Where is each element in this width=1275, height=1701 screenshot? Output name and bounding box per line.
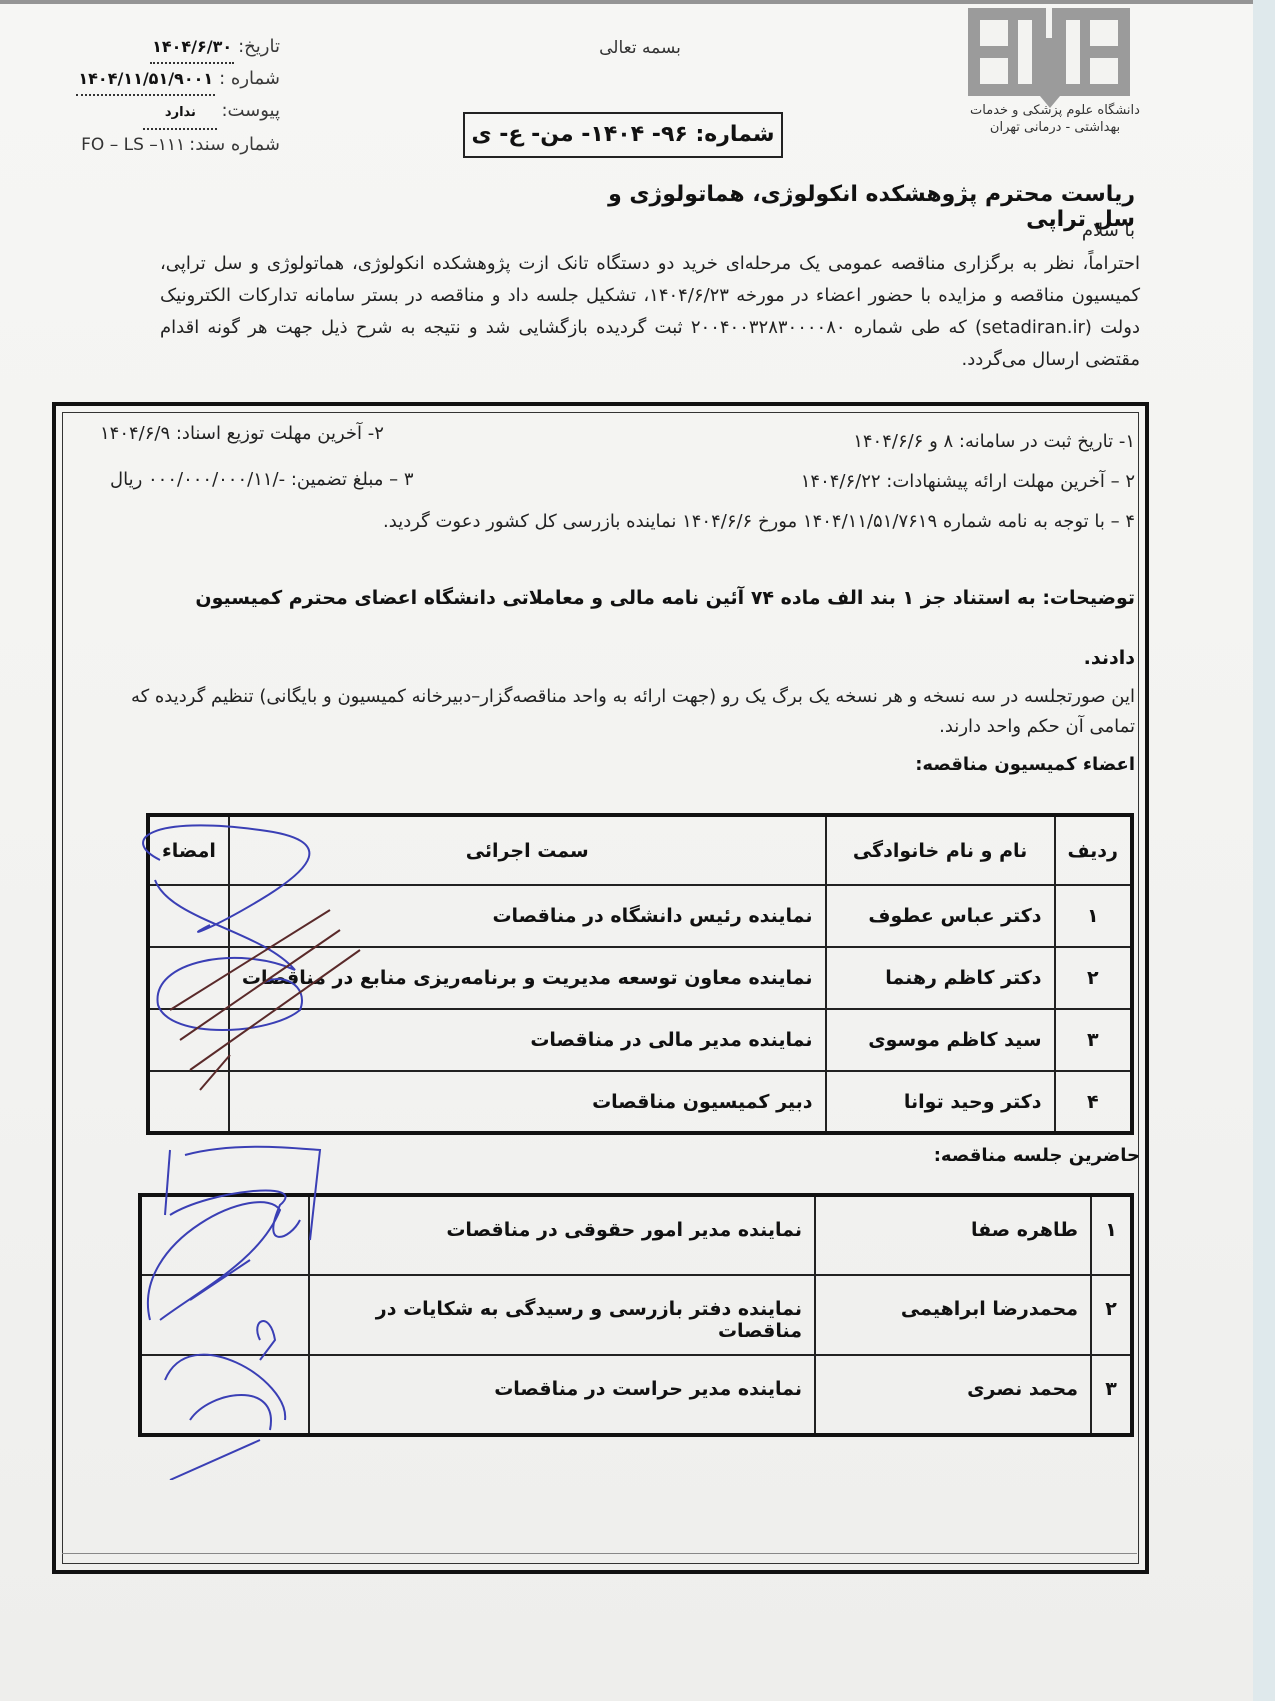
attendee-name: طاهره صفا [815,1195,1091,1275]
table-row: ۲ محمدرضا ابراهیمی نماینده دفتر بازرسی و… [140,1275,1132,1355]
doc-number-label: شماره سند: [189,130,280,160]
signature-cell [148,1071,229,1133]
greeting: با سلام [900,220,1135,241]
signature-cell [148,1009,229,1071]
table-row: ۱ طاهره صفا نماینده مدیر امور حقوقی در م… [140,1195,1132,1275]
member-role: دبیر کمیسیون مناقصات [229,1071,826,1133]
committee-table: ردیف نام و نام خانوادگی سمت اجرائی امضاء… [146,813,1134,1135]
detail-inspector-invitation: ۴ – با توجه به نامه شماره ۱۴۰۴/۱۱/۵۱/۷۶۱… [383,502,1135,542]
date-label: تاریخ: [238,32,280,62]
explanations-line-1: توضیحات: به استناد جز ۱ بند الف ماده ۷۴ … [190,568,1135,628]
row-number: ۳ [1091,1355,1132,1435]
university-name: دانشگاه علوم پزشکی و خدمات بهداشتی - درم… [955,102,1155,136]
university-line-2: بهداشتی - درمانی تهران [955,119,1155,136]
attachment-label: پیوست: [221,96,280,126]
signature-cell [140,1195,309,1275]
signature-cell [148,885,229,947]
table-row: ۴ دکتر وحید توانا دبیر کمیسیون مناقصات [148,1071,1132,1133]
table-row: ۱ دکتر عباس عطوف نماینده رئیس دانشگاه در… [148,885,1132,947]
reference-number: شماره: ۹۶- ۱۴۰۴- من- ع- ی [463,112,783,158]
attendee-role: نماینده دفتر بازرسی و رسیدگی به شکایات د… [309,1275,815,1355]
detail-guarantee-amount: ۳ – مبلغ تضمین: -/۰۰۰/۰۰۰/۰۰۰/۱۱ ریال [110,460,414,500]
col-row-number: ردیف [1055,815,1132,885]
member-name: دکتر وحید توانا [826,1071,1055,1133]
scan-edge [0,0,1275,4]
signature-cell [140,1275,309,1355]
table-row: ۲ دکتر کاظم رهنما نماینده معاون توسعه مد… [148,947,1132,1009]
number-label: شماره : [219,64,280,94]
date-row: تاریخ: ۱۴۰۴/۶/۳۰ [40,32,280,64]
date-value: ۱۴۰۴/۶/۳۰ [150,32,234,64]
committee-title: اعضاء کمیسیون مناقصه: [700,754,1135,775]
signature-cell [140,1355,309,1435]
row-number: ۲ [1091,1275,1132,1355]
table-row: ۳ محمد نصری نماینده مدیر حراست در مناقصا… [140,1355,1132,1435]
signature-cell [148,947,229,1009]
letter-meta: تاریخ: ۱۴۰۴/۶/۳۰ شماره : ۱۴۰۴/۱۱/۵۱/۹۰۰۱… [40,32,280,160]
member-role: نماینده مدیر مالی در مناقصات [229,1009,826,1071]
copies-note: این صورتجلسه در سه نسخه و هر نسخه یک برگ… [130,682,1135,742]
row-number: ۱ [1091,1195,1132,1275]
col-full-name: نام و نام خانوادگی [826,815,1055,885]
university-logo-icon [968,8,1130,96]
number-value: ۱۴۰۴/۱۱/۵۱/۹۰۰۱ [76,64,215,96]
university-line-1: دانشگاه علوم پزشکی و خدمات [955,102,1155,119]
attachment-row: پیوست: ندارد [40,96,280,130]
attendees-table: ۱ طاهره صفا نماینده مدیر امور حقوقی در م… [138,1193,1134,1437]
col-position: سمت اجرائی [229,815,826,885]
row-number: ۴ [1055,1071,1132,1133]
table-header-row: ردیف نام و نام خانوادگی سمت اجرائی امضاء [148,815,1132,885]
table-row: ۳ سید کاظم موسوی نماینده مدیر مالی در من… [148,1009,1132,1071]
attendee-name: محمدرضا ابراهیمی [815,1275,1091,1355]
frame-rule [62,1553,1137,1554]
member-role: نماینده رئیس دانشگاه در مناقصات [229,885,826,947]
explanations-line-2: دادند. [190,628,1135,688]
row-number: ۲ [1055,947,1132,1009]
member-name: سید کاظم موسوی [826,1009,1055,1071]
detail-proposal-deadline: ۲ – آخرین مهلت ارائه پیشنهادات: ۱۴۰۴/۶/۲… [801,462,1135,502]
member-name: دکتر عباس عطوف [826,885,1055,947]
col-signature: امضاء [148,815,229,885]
explanations: توضیحات: به استناد جز ۱ بند الف ماده ۷۴ … [190,568,1135,688]
attendees-title: حاضرین جلسه مناقصه: [700,1145,1140,1166]
detail-registration-date: ۱- تاریخ ثبت در سامانه: ۸ و ۱۴۰۴/۶/۶ [853,422,1135,462]
detail-distribution-deadline: ۲- آخرین مهلت توزیع اسناد: ۱۴۰۴/۶/۹ [100,414,384,454]
attendee-role: نماینده مدیر امور حقوقی در مناقصات [309,1195,815,1275]
doc-number-row: شماره سند: FO – LS –۱۱۱ [40,130,280,160]
tender-details: ۱- تاریخ ثبت در سامانه: ۸ و ۱۴۰۴/۶/۶ ۲- … [90,422,1135,542]
doc-number-value: FO – LS –۱۱۱ [81,130,185,160]
attachment-value: ندارد [143,98,217,130]
basmala: بسمه تعالی [560,38,720,58]
member-name: دکتر کاظم رهنما [826,947,1055,1009]
letter-body: احتراماً، نظر به برگزاری مناقصه عمومی یک… [160,248,1140,376]
member-role: نماینده معاون توسعه مدیریت و برنامه‌ریزی… [229,947,826,1009]
row-number: ۳ [1055,1009,1132,1071]
number-row: شماره : ۱۴۰۴/۱۱/۵۱/۹۰۰۱ [40,64,280,96]
scan-margin [1253,0,1275,1701]
attendee-role: نماینده مدیر حراست در مناقصات [309,1355,815,1435]
attendee-name: محمد نصری [815,1355,1091,1435]
row-number: ۱ [1055,885,1132,947]
